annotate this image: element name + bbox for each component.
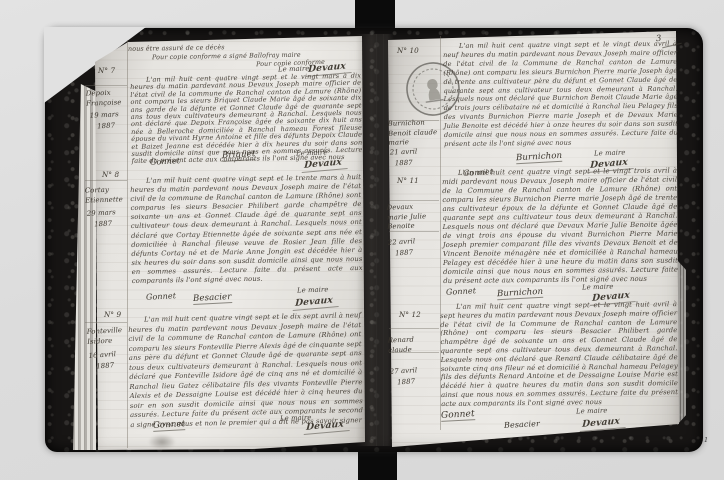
record-9-number: N° 9 [104,310,121,319]
margin-separator [389,200,439,201]
record-12-number: N° 12 [399,310,421,319]
record-8-margin-date: 29 mars 1887 [86,207,116,229]
record-8-body: L'an mil huit cent quatre vingt sept et … [130,173,363,286]
record-9-body: L'an mil huit cent quatre vingt sept et … [128,311,363,430]
record-12-margin-name: Renard claude [388,336,415,356]
record-8-margin-name: Cortay Etiennette [85,185,123,205]
record-10-number: N° 10 [397,46,419,55]
left-margin-rule [127,40,128,448]
record-7-signature-witness-2: Briquet [222,149,256,162]
record-7-signature-witness: Gonnet [150,156,180,167]
margin-pen-mark: 1 [704,436,708,444]
record-8-signature-witness-2: Besacier [193,292,232,305]
record-8-mayor-label: Le maire [297,285,329,294]
record-12-mayor-label: Le maire [576,406,608,415]
record-11-margin-name: Devaux marie Julie Benoite [387,202,427,232]
record-7-mayor-label: Le maire [296,148,328,157]
record-11-number: N° 11 [397,176,419,185]
margin-separator [85,180,127,181]
record-10-margin-name: Burnichon Benoit claude marie [388,118,438,148]
ink-smudge [148,434,176,450]
record-7-number: N° 7 [98,66,115,75]
record-9-margin-date: 16 avril 1887 [88,349,117,372]
margin-separator [389,328,439,329]
register-scan-view: nous être assuré de ce décès Pour copie … [0,0,724,480]
record-11-mayor-label: Le maire [582,282,614,291]
record-7-margin-name: Depoix Françoise [86,88,122,108]
record-10-body: L'an mil huit cent quatre vingt sept et … [443,40,678,149]
record-11-margin-date: 22 avril 1887 [387,236,416,258]
record-9-signature-witness: Gonnet [153,419,186,432]
record-9-margin-name: Fonteville Isidore [87,326,123,347]
record-8-signature-witness: Gonnet [146,291,176,302]
film-strip-bottom [358,450,397,480]
record-10-margin-date: 21 avril 1887 [390,147,418,169]
record-12-body: L'an mil huit cent quatre vingt sept et … [440,300,678,408]
margin-separator [85,322,127,323]
record-11-body: L'an mil huit cent quatre vingt sept et … [442,167,678,286]
margin-separator [85,85,127,86]
record-12-margin-date: 27 avril 1887 [389,365,418,387]
record-12-signature-witness-2: Besacier [504,419,540,430]
record-7-margin-date: 19 mars 1887 [89,109,119,131]
record-12-signature-witness: Gonnet [441,409,475,422]
record-8-number: N° 8 [102,170,119,179]
record-11-signature-witness: Gonnet [446,286,476,297]
